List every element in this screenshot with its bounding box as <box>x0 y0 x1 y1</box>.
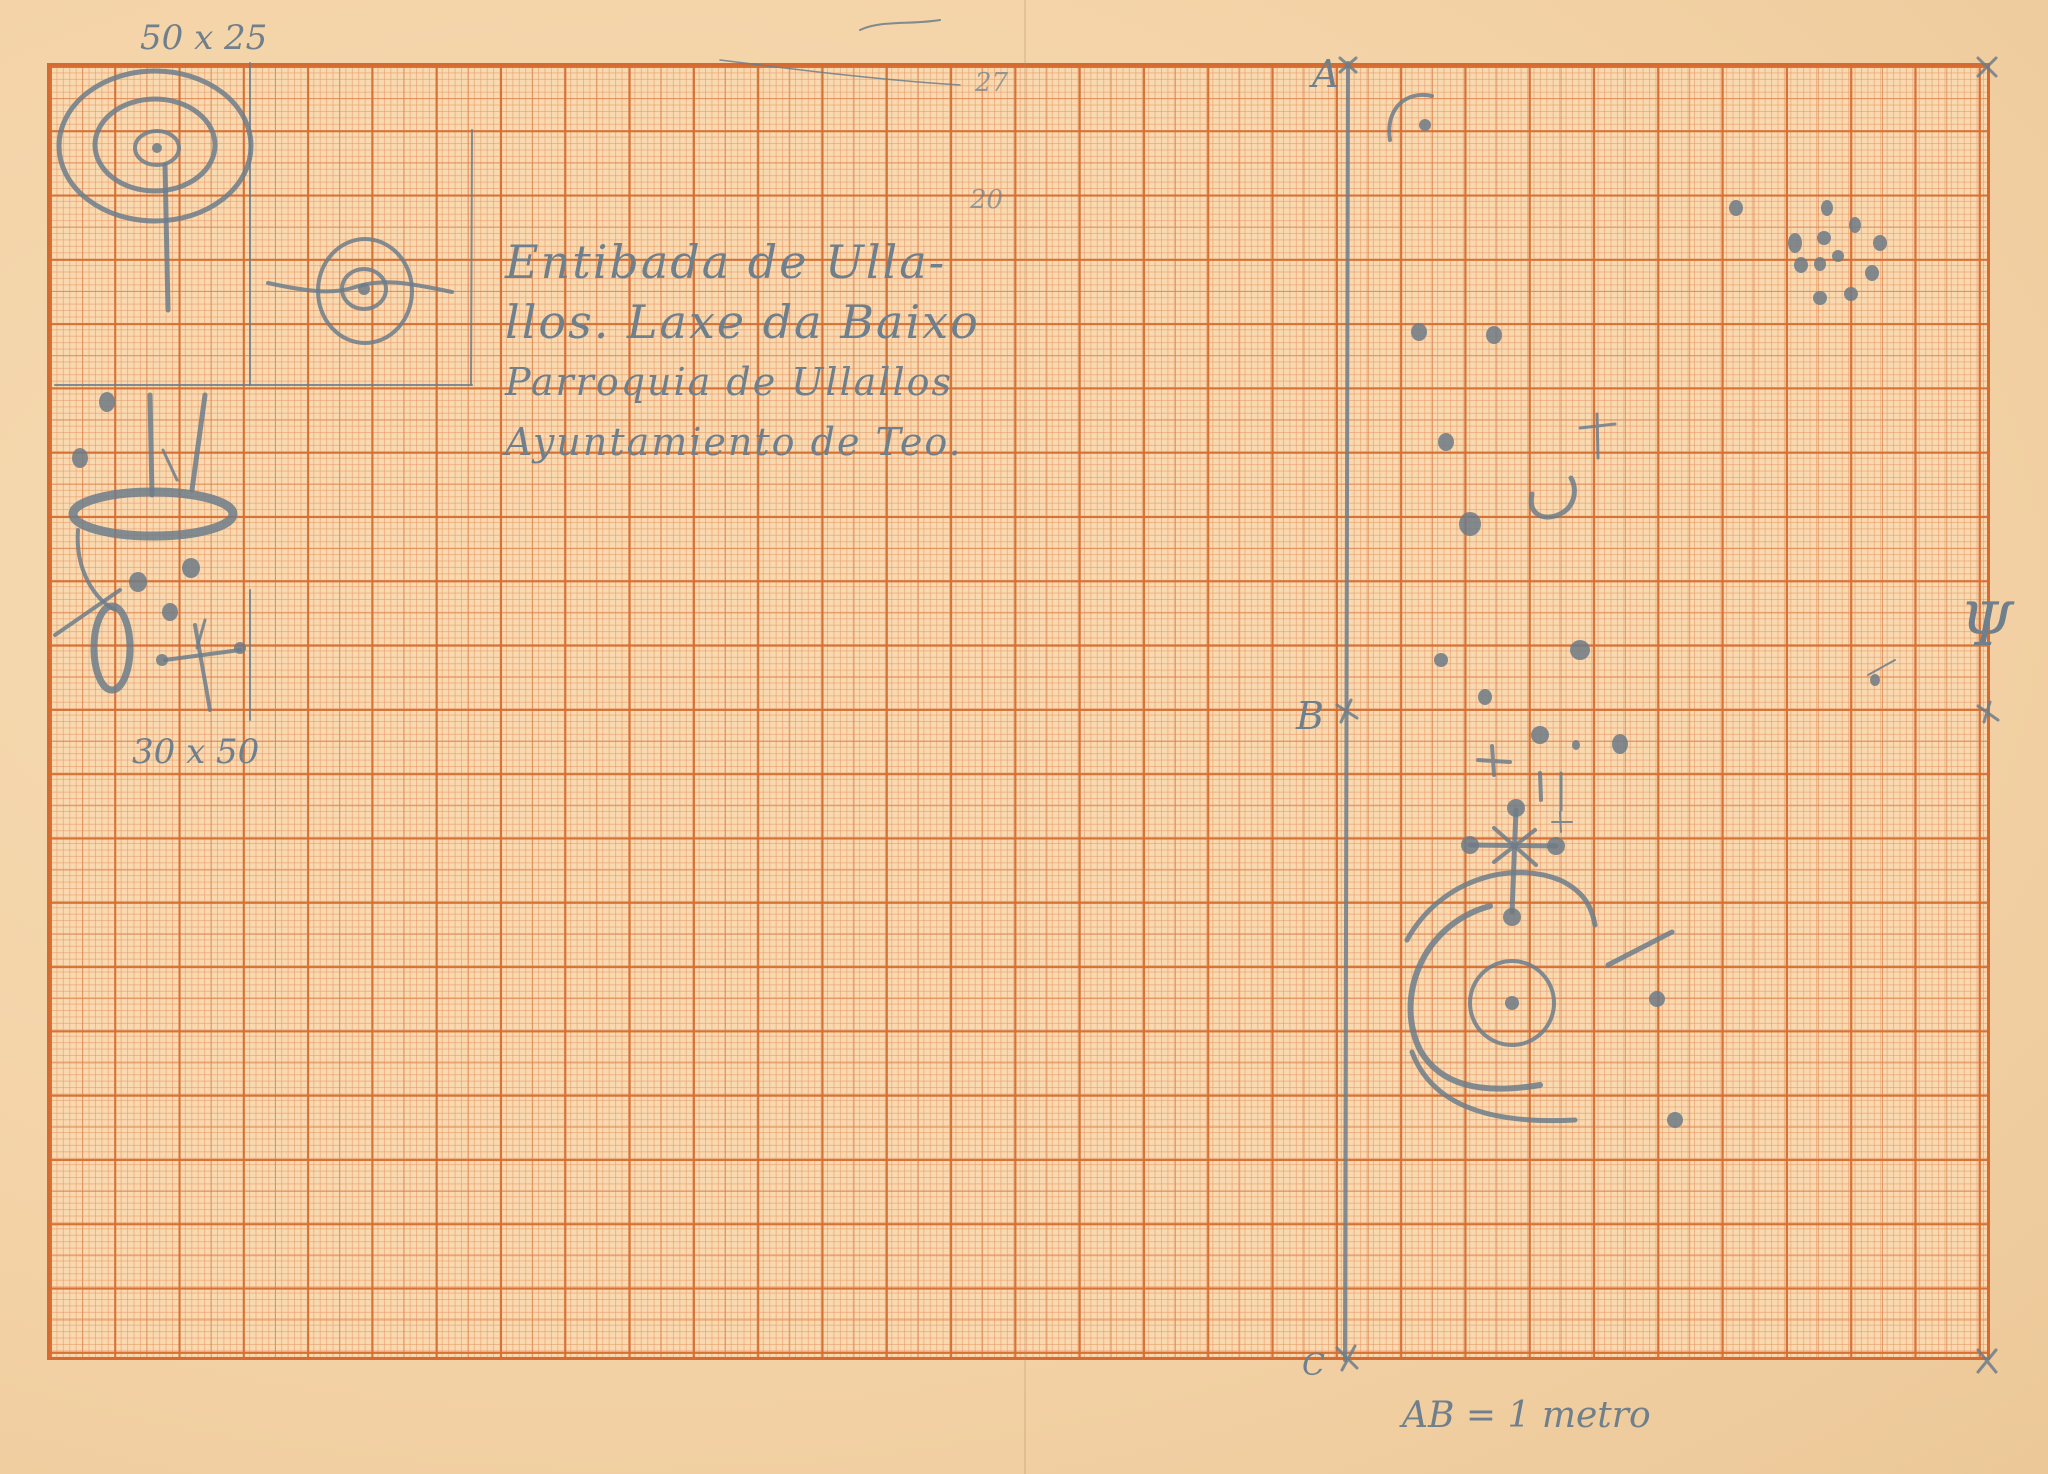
site-caption: Entibada de Ulla- llos. Laxe da Baixo Pa… <box>505 232 980 472</box>
side-symbol: Ψ <box>1960 590 2013 660</box>
pencil-drawing <box>0 0 2048 1474</box>
caption-line-3: Parroquia de Ullallos <box>505 352 980 412</box>
dimension-label-top: 50 x 25 <box>140 18 267 58</box>
point-label-b: B <box>1296 694 1324 738</box>
vessel-figure <box>55 392 250 720</box>
dimension-label-bottom: 30 x 50 <box>132 732 259 772</box>
petroglyph-map <box>1389 95 1895 1128</box>
scale-note: AB = 1 metro <box>1402 1395 1651 1436</box>
caption-line-4: Ayuntamiento de Teo. <box>505 412 980 472</box>
point-label-c: C <box>1302 1348 1325 1383</box>
reference-axis <box>1337 58 1998 1372</box>
concentric-circles-small <box>55 130 472 385</box>
caption-line-2: llos. Laxe da Baixo <box>505 292 980 352</box>
concentric-circles-large <box>59 63 251 385</box>
margin-note-top: 27 <box>975 68 1008 98</box>
point-label-a: A <box>1312 52 1339 96</box>
margin-note-side: 20 <box>970 185 1003 215</box>
caption-line-1: Entibada de Ulla- <box>505 232 980 292</box>
